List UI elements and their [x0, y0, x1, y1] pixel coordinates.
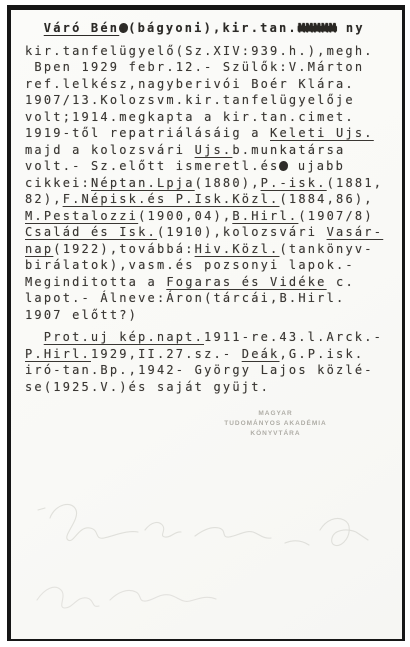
typed-segment: c. — [327, 275, 355, 289]
typed-line: kir.tanfelügyelő(Sz.XIV:939.h.),megh. — [25, 43, 398, 60]
typed-line: 1907 előtt?) — [25, 307, 398, 324]
typed-line: iró-tan.Bp.,1942- György Lajos közlé- — [25, 362, 398, 379]
typed-line: majd a kolozsvári Ujs.b.munkatársa — [25, 142, 398, 159]
typed-line: se(1925.V.)és saját gyüjt. — [25, 379, 398, 396]
typed-line: Bpen 1929 febr.12.- Szülők:V.Márton — [25, 59, 398, 76]
typed-line: 82),F.Népisk.és P.Isk.Közl.(1884,86), — [25, 191, 398, 208]
typed-segment: Prot.uj kép.napt. — [44, 330, 204, 344]
typed-line: nap(1922),továbbá:Hiv.Közl.(tankönyv- — [25, 241, 398, 258]
typed-segment: ny — [336, 21, 364, 35]
typed-segment: ref.lelkész,nagyberivói Boér Klára. — [25, 77, 355, 91]
typed-segment: majd a kolozsvári — [25, 143, 195, 157]
typed-line: 1907/13.Kolozsvm.kir.tanfelügyelője — [25, 92, 398, 109]
typed-line: Prot.uj kép.napt.1911-re.43.l.Arck.- — [25, 329, 398, 346]
typed-segment: Keleti Ujs. — [270, 126, 374, 140]
typed-segment: F.Népisk.és P.Isk.Közl. — [63, 192, 280, 206]
typed-line: birálatok),vasm.és pozsonyi lapok.- — [25, 257, 398, 274]
typed-segment: M.Pestalozzi — [25, 209, 138, 223]
stamp-line-1: MAGYAR — [213, 409, 338, 419]
typed-segment: kir.tanfelügyelő(Sz.XIV:939.h.),megh. — [25, 44, 374, 58]
typed-line: P.Hirl.1929,II.27.sz.- Deák,G.P.isk. — [25, 346, 398, 363]
typed-segment: (bágyoni),kir.tan. — [128, 21, 298, 35]
typed-segment: 82), — [25, 192, 63, 206]
typed-segment: (1881, — [327, 176, 384, 190]
typed-segment: (1907/8) — [298, 209, 373, 223]
typed-segment: (1880), — [195, 176, 261, 190]
typed-segment: Bpen 1929 febr.12.- Szülők:V.Márton — [34, 60, 364, 74]
typed-segment: Fogaras és Vidéke — [166, 275, 326, 289]
scanned-catalog-card: Váró Béni(bágyoni),kir.tan.MMMMM nykir.t… — [0, 0, 410, 647]
typed-line: 1919-től repatriálásáig a Keleti Ujs. — [25, 125, 398, 142]
typed-segment: (1900,04), — [138, 209, 232, 223]
typed-segment: cikkei: — [25, 176, 91, 190]
overstrike-correction: MMMMM — [298, 21, 337, 35]
typed-segment: se(1925.V.)és saját gyüjt. — [25, 380, 270, 394]
typed-segment: (1922),továbbá: — [53, 242, 194, 256]
typed-segment: 1911-re.43.l.Arck.- — [204, 330, 383, 344]
typed-line: M.Pestalozzi(1900,04),B.Hirl.(1907/8) — [25, 208, 398, 225]
library-stamp: MAGYAR TUDOMÁNYOS AKADÉMIA KÖNYVTÁRA — [213, 409, 338, 439]
typed-segment: nap — [25, 242, 53, 256]
typed-text: Váró Béni(bágyoni),kir.tan.MMMMM nykir.t… — [25, 20, 398, 395]
typed-segment: Néptan.Lpja — [91, 176, 195, 190]
ink-blot: i — [119, 23, 128, 33]
stamp-line-2: TUDOMÁNYOS AKADÉMIA — [213, 419, 338, 429]
typed-segment: volt.- Sz.előtt ismeretl.és — [25, 159, 279, 173]
typed-segment: Ujs. — [195, 143, 233, 157]
typed-line: Család és Isk.(1910),kolozsvári Vasár- — [25, 224, 398, 241]
ink-blot — [279, 161, 288, 171]
typed-segment: ujabb — [288, 159, 345, 173]
typed-segment: Meginditotta a — [25, 275, 166, 289]
typed-segment: Vasár- — [327, 225, 384, 239]
typed-segment: 1907/13.Kolozsvm.kir.tanfelügyelője — [25, 93, 355, 107]
typed-line: lapot.- Álneve:Áron(tárcái,B.Hirl. — [25, 290, 398, 307]
typed-line: volt.- Sz.előtt ismeretl.és ujabb — [25, 158, 398, 175]
typed-segment: 1919-től repatriálásáig a — [25, 126, 270, 140]
typed-segment: ,G.P.isk. — [279, 347, 364, 361]
typed-segment: Deák — [242, 347, 280, 361]
typed-line: Váró Béni(bágyoni),kir.tan.MMMMM ny — [25, 20, 398, 37]
typed-line: cikkei:Néptan.Lpja(1880),P.-isk.(1881, — [25, 175, 398, 192]
typed-segment: iró-tan.Bp.,1942- György Lajos közlé- — [25, 363, 374, 377]
typed-line: Meginditotta a Fogaras és Vidéke c. — [25, 274, 398, 291]
typed-segment: Hiv.Közl. — [195, 242, 280, 256]
typed-segment: lapot.- Álneve:Áron(tárcái,B.Hirl. — [25, 291, 345, 305]
typed-segment: (1910),kolozsvári — [157, 225, 327, 239]
typed-segment: Váró Bén — [44, 21, 119, 35]
typed-segment: b.munkatársa — [232, 143, 345, 157]
typed-segment: (tankönyv- — [279, 242, 373, 256]
typed-segment: birálatok),vasm.és pozsonyi lapok.- — [25, 258, 355, 272]
typed-line: ref.lelkész,nagyberivói Boér Klára. — [25, 76, 398, 93]
typed-line: volt;1914.megkapta a kir.tan.cimet. — [25, 109, 398, 126]
typed-segment: (1884,86), — [279, 192, 373, 206]
typed-segment: P.Hirl. — [25, 347, 91, 361]
typed-segment: B.Hirl. — [232, 209, 298, 223]
typed-segment: P.-isk. — [261, 176, 327, 190]
typed-segment: volt;1914.megkapta a kir.tan.cimet. — [25, 110, 355, 124]
typed-segment: 1929,II.27.sz.- — [91, 347, 242, 361]
typed-segment: 1907 előtt?) — [25, 308, 138, 322]
typed-segment: Család és Isk. — [25, 225, 157, 239]
stamp-line-3: KÖNYVTÁRA — [213, 429, 338, 439]
